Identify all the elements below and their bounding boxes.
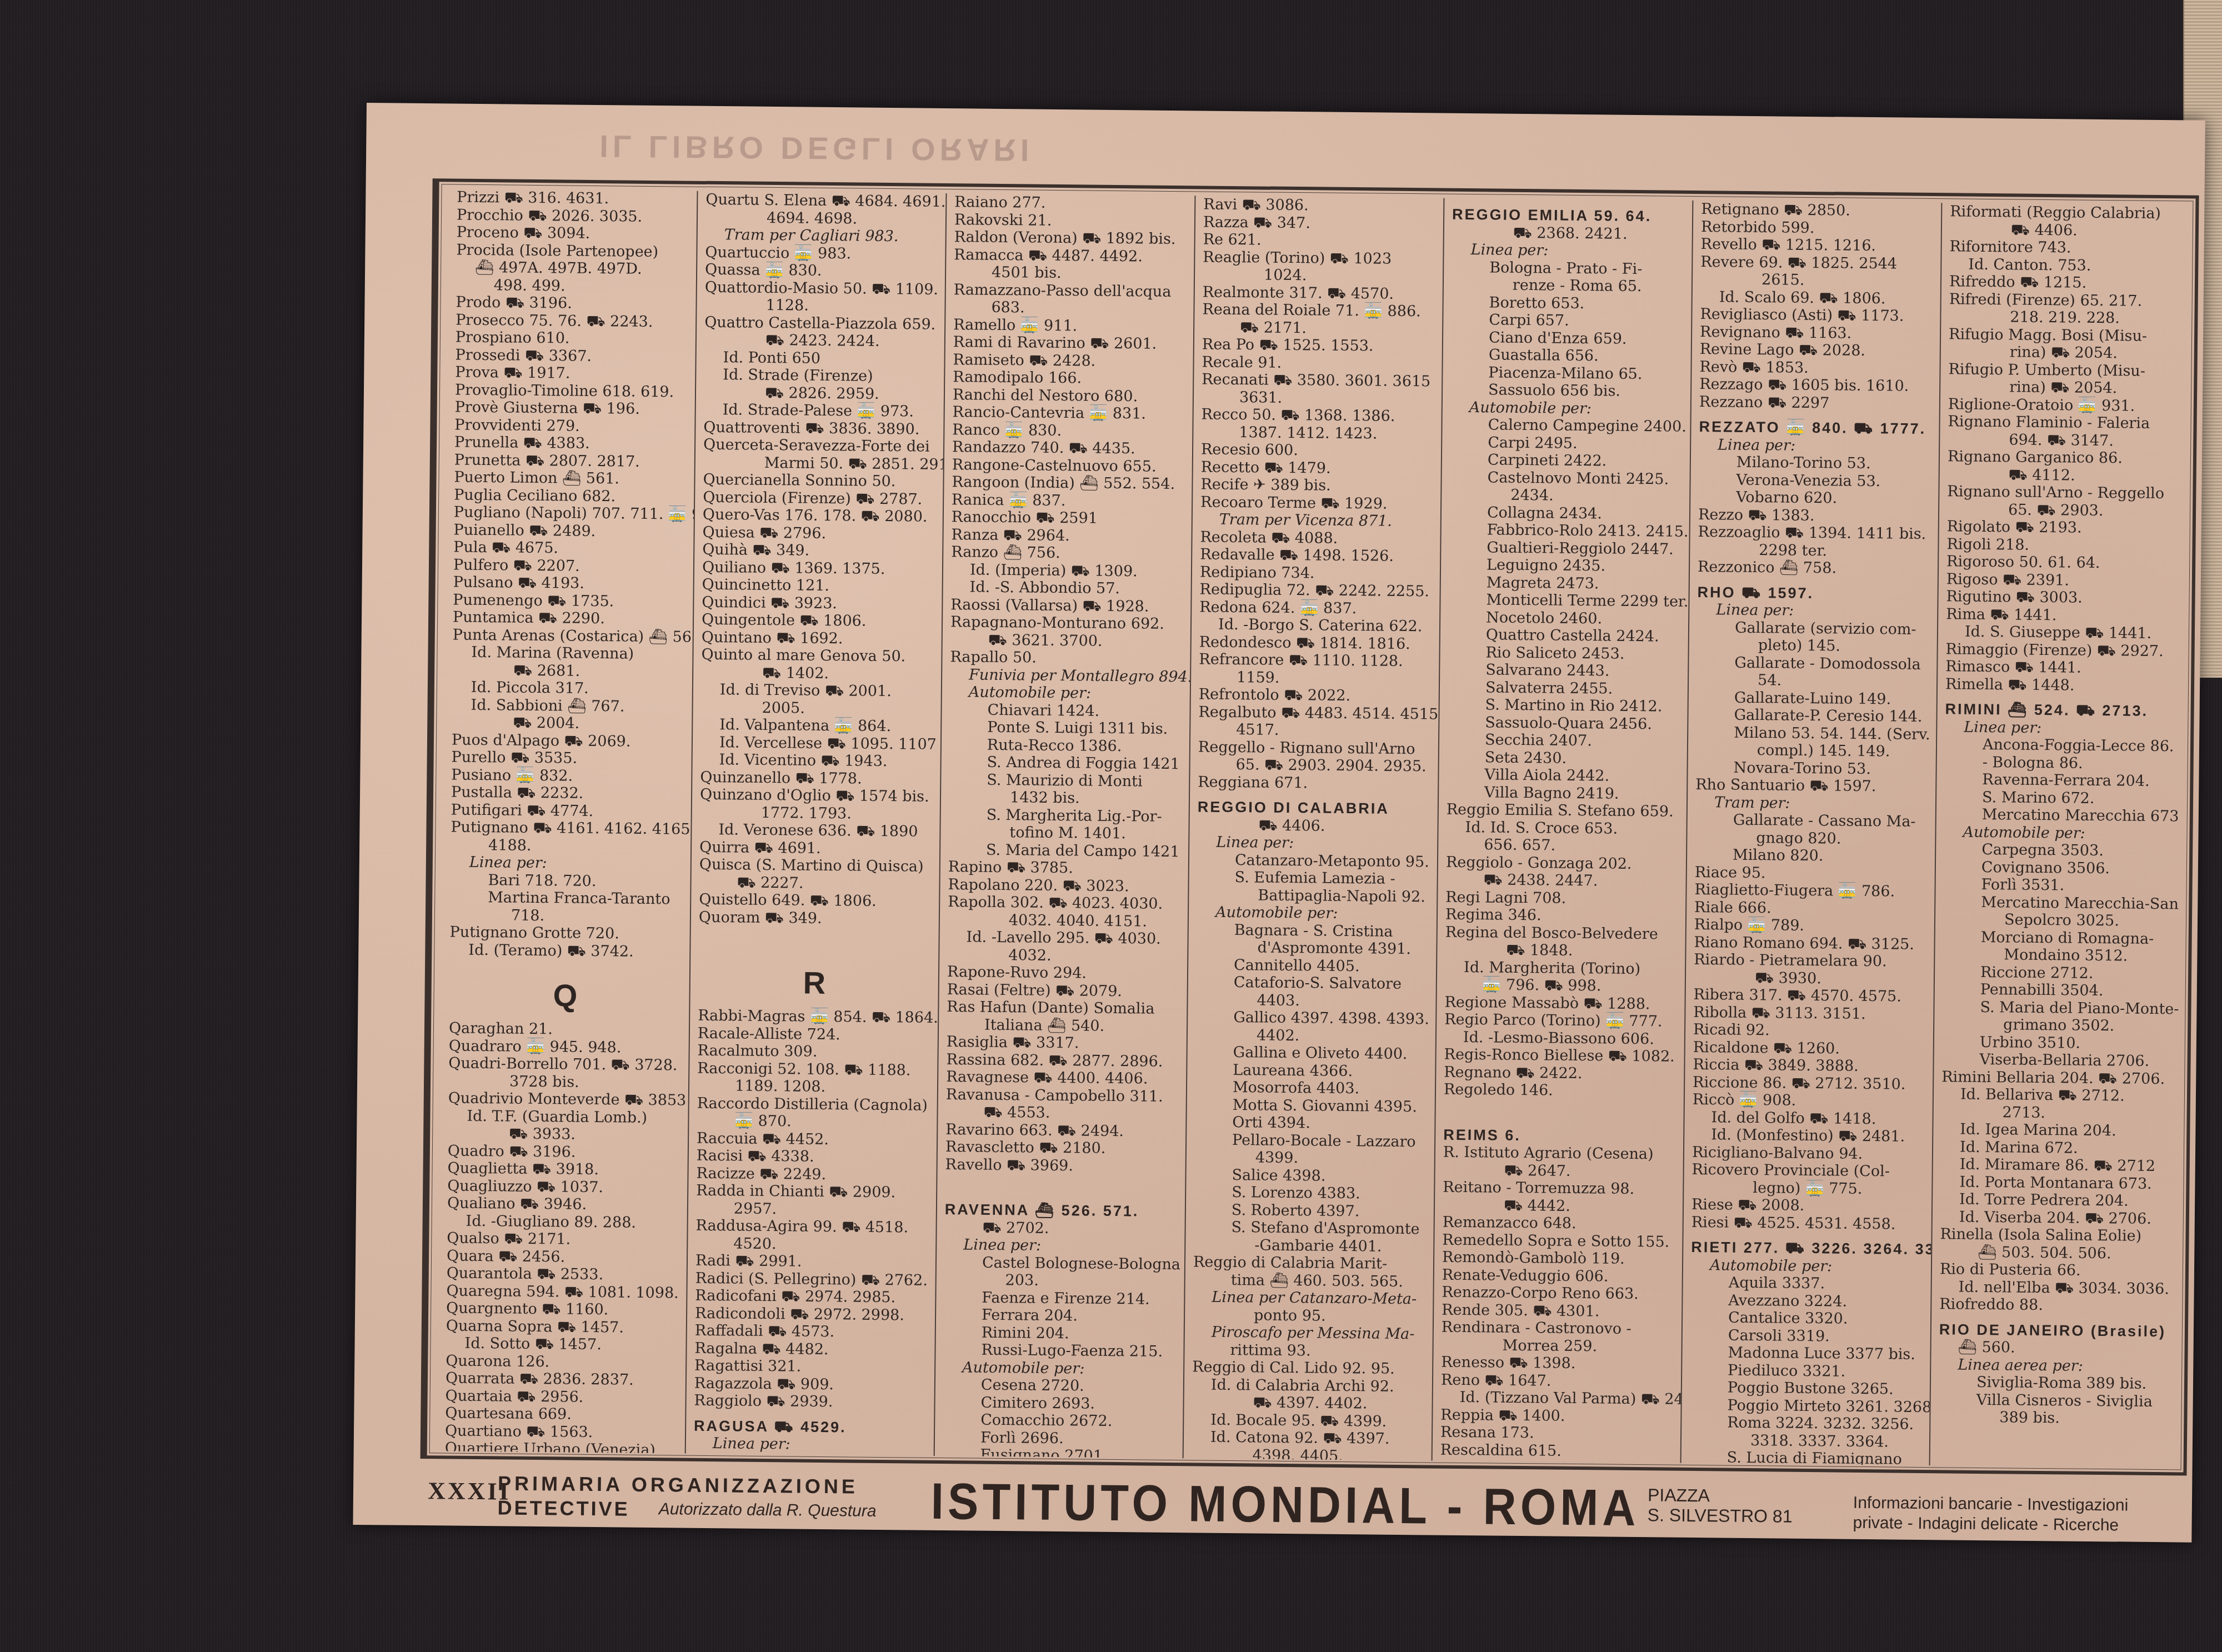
index-entry: Id. Margherita (Torino) [1445, 958, 1677, 978]
index-entry: Id. Miramare 86. ⛟ 2712 [1941, 1155, 2173, 1175]
index-entry: Sepolcro 3025. [1943, 910, 2175, 930]
index-entry: Boretto 653. [1451, 293, 1683, 313]
index-entry: ⛴ 503. 504. 506. [1940, 1243, 2172, 1263]
index-entry: S. Maria del Campo 1421 [948, 841, 1180, 861]
index-entry: Rimasco ⛟ 1441. [1945, 658, 2178, 678]
index-entry: S. Maria del Piano-Monte- [1942, 998, 2174, 1018]
ad-services-line2: private - Indagini delicate - Ricerche [1853, 1514, 2119, 1535]
index-entry: Rende 305. ⛟ 4301. [1442, 1301, 1674, 1321]
index-entry: Id. Piccola 317. [452, 679, 684, 699]
index-entry: Id. (Imperia) ⛟ 1309. [951, 561, 1183, 581]
index-entry: Id. Igea Marina 204. [1941, 1120, 2173, 1140]
index-entry: Resana 173. [1440, 1424, 1673, 1444]
index-entry: Redondesco ⛟ 1814. 1816. [1199, 633, 1432, 653]
index-entry: Id. (Monfestino) ⛟ 2481. [1692, 1126, 1924, 1146]
index-entry: Procida (Isole Partenopee) [456, 241, 688, 261]
index-entry: Reggello - Rignano sull'Arno [1198, 738, 1430, 758]
index-entry: 2298 ter. [1698, 541, 1930, 561]
index-entry: Rigutino ⛟ 3003. [1946, 588, 2178, 608]
index-entry: Id. Canton. 753. [1949, 256, 2181, 276]
index-entry: Revigliasco (Asti) ⛟ 1173. [1700, 306, 1932, 326]
index-entry: Nocetolo 2460. [1448, 608, 1680, 628]
index-entry: Id. Bellariva ⛟ 2712. [1941, 1085, 2174, 1105]
index-entry: Revine Lago ⛟ 2028. [1700, 341, 1932, 361]
index-heading-entry: RIETI 277. ⛟ 3226. 3264. 3302. [1691, 1239, 1923, 1259]
index-entry: Reaglie (Torino) ⛟ 1023 [1203, 248, 1435, 268]
index-entry: Raossi (Vallarsa) ⛟ 1928. [950, 596, 1183, 616]
index-entry: Id. Sotto ⛟ 1457. [446, 1334, 678, 1354]
index-entry: Punta Arenas (Costarica) ⛴ 561. [453, 626, 685, 646]
index-entry: Riccia ⛟ 3849. 3888. [1693, 1056, 1925, 1076]
index-entry: Ranica 🚋 837. [952, 491, 1184, 511]
index-entry: Riano Romano 694. ⛟ 3125. [1694, 934, 1926, 954]
index-entry: Seta 2430. [1447, 748, 1679, 768]
section-letter: R [698, 957, 930, 1009]
index-entry: Rangoon (India) ⛴ 552. 554. [952, 473, 1184, 493]
index-entry: Reno ⛟ 1647. [1441, 1371, 1673, 1391]
index-column-3: Raiano 277.Rakovski 21.Raldon (Verona) ⛟… [935, 193, 1196, 1458]
index-entry: Rea Po ⛟ 1525. 1553. [1202, 336, 1434, 356]
index-entry: Rapino ⛟ 3785. [948, 858, 1180, 878]
index-entry: Re 621. [1203, 231, 1435, 251]
index-entry: Reitano - Torremuzza 98. [1443, 1179, 1675, 1199]
index-entry: Tram per: [1695, 794, 1928, 814]
index-entry: Rifredi (Firenze) 65. 217. [1949, 291, 2181, 311]
index-entry: S. Lorenzo 4383. [1194, 1183, 1426, 1203]
index-entry: Ramodipalo 166. [953, 368, 1185, 388]
index-entry: Ricovero Provinciale (Col- [1692, 1161, 1924, 1181]
index-entry: Rapolano 220. ⛟ 3023. [948, 876, 1180, 896]
index-entry: Faenza e Firenze 214. [944, 1289, 1176, 1309]
index-entry: Quiliano ⛟ 1369. 1375. [702, 558, 934, 578]
index-entry: Rimini 204. [944, 1324, 1176, 1344]
index-entry: Fabbrico-Rolo 2413. 2415. [1449, 521, 1681, 541]
index-entry: Riaglietto-Fiugera 🚋 786. [1694, 881, 1926, 901]
index-entry: Radici (S. Pellegrino) ⛟ 2762. [695, 1269, 928, 1289]
index-entry: Id. -Lesmo-Biassono 606. [1444, 1028, 1676, 1048]
index-entry: 4402. [1195, 1026, 1428, 1046]
index-entry: Quadraro 🚋 945. 948. [449, 1037, 681, 1057]
index-entry: ⛟ 3933. [448, 1124, 680, 1144]
index-entry: Riccò 🚋 908. [1693, 1091, 1925, 1111]
index-entry: Rakovski 21. [954, 211, 1187, 231]
index-entry: Pustalla ⛟ 2232. [451, 784, 683, 804]
index-entry: Castelnovo Monti 2425. [1449, 468, 1681, 488]
index-entry: Mercatino Marecchia 673 [1944, 805, 2176, 825]
index-entry: Laureana 4366. [1195, 1061, 1427, 1081]
index-entry: Recesio 600. [1201, 440, 1433, 460]
index-entry: Regio Parco (Torino) 🚋 777. [1444, 1011, 1676, 1031]
index-entry: Cantalice 3320. [1690, 1309, 1923, 1329]
index-entry: Riace 95. [1695, 864, 1927, 884]
index-entry: Quadro ⛟ 3196. [448, 1142, 680, 1162]
index-entry: Rassina 682. ⛟ 2877. 2896. [946, 1051, 1178, 1071]
index-entry [1444, 1108, 1676, 1120]
index-entry: Rezzonico ⛴ 758. [1698, 558, 1930, 578]
index-entry: Riglione-Oratoio 🚋 931. [1948, 396, 2180, 415]
index-entry: Ferrara 204. [944, 1306, 1176, 1326]
index-entry: Monticelli Terme 2299 ter. [1448, 591, 1680, 611]
index-entry: Roma 3224. 3232. 3256. [1689, 1414, 1921, 1434]
index-entry: Pellaro-Bocale - Lazzaro [1194, 1131, 1427, 1151]
index-entry: rina) ⛟ 2054. [1948, 378, 2180, 398]
index-entry: Regoledo 146. [1444, 1081, 1676, 1101]
index-entry: Mondaino 3512. [1943, 945, 2175, 965]
index-entry: 1772. 1793. [700, 803, 932, 823]
index-frame: Prizzi ⛟ 316. 4631.Procchio ⛟ 2026. 3035… [421, 178, 2199, 1475]
index-entry: S. Maurizio di Monti [949, 771, 1181, 791]
index-entry: Prunella ⛟ 4383. [454, 434, 687, 454]
index-entry: Radicofani ⛟ 2974. 2985. [695, 1287, 927, 1307]
ad-org-line2: DETECTIVE [498, 1496, 630, 1520]
index-entry: Ciano d'Enza 659. [1451, 328, 1683, 348]
index-entry: Madonna Luce 3377 bis. [1690, 1344, 1922, 1364]
index-entry: Novara-Torino 53. [1695, 759, 1928, 779]
index-entry: 54. [1696, 671, 1929, 691]
index-entry: Ranco 🚋 830. [952, 421, 1184, 441]
index-entry: ⛟ 2368. 2421. [1452, 223, 1684, 243]
index-entry: S. Eufemia Lamezia - [1197, 868, 1429, 888]
index-entry: Tram per Cagliari 983. [705, 226, 938, 246]
index-entry: Quistello 649. ⛟ 1806. [699, 891, 931, 911]
index-entry: Rapallo 50. [950, 648, 1182, 668]
index-entry: Regis-Ronco Biellese ⛟ 1082. [1444, 1046, 1676, 1066]
index-entry: Ricadi 92. [1693, 1021, 1925, 1041]
index-entry: Recanati ⛟ 3580. 3601. 3615 [1202, 371, 1434, 391]
index-entry: Quincinetto 121. [702, 576, 934, 596]
index-entry: Redona 624. 🚋 837. [1199, 598, 1432, 618]
section-letter: Q [449, 970, 682, 1022]
index-entry: ⛟ 1402. [701, 663, 933, 683]
index-entry: Remondò-Gambolò 119. [1442, 1249, 1674, 1269]
index-entry: ⛴ 560. [1939, 1338, 2171, 1358]
index-entry: Rho Santuario ⛟ 1597. [1695, 776, 1928, 796]
index-entry: Ravascletto ⛟ 2180. [945, 1138, 1178, 1158]
ad-address-line1: PIAZZA [1648, 1485, 1710, 1506]
index-entry: Quiesa ⛟ 2796. [702, 523, 934, 543]
index-entry: Rescaldina 615. [1440, 1441, 1673, 1461]
index-entry: Id. Strade-Palese 🚋 973. [704, 401, 936, 421]
index-entry: Bagnara - S. Cristina [1197, 921, 1429, 941]
index-entry: Redavalle ⛟ 1498. 1526. [1200, 545, 1432, 565]
index-entry: Guastalla 656. [1451, 346, 1683, 366]
index-column-4: Ravi ⛟ 3086.Razza ⛟ 347.Re 621.Reaglie (… [1184, 196, 1445, 1460]
index-entry: Castel Bolognese-Bologna [944, 1254, 1177, 1274]
index-entry: 4501 bis. [954, 263, 1186, 283]
index-entry: Villa Aiola 2442. [1447, 766, 1679, 786]
index-entry: Reggio di Cal. Lido 92. 95. [1192, 1358, 1424, 1378]
index-entry: Pulsano ⛟ 4193. [453, 574, 685, 594]
index-entry: Id. di Calabria Archi 92. [1192, 1376, 1424, 1396]
index-entry: Querciola (Firenze) ⛟ 2787. [703, 488, 935, 508]
index-entry: Id. Id. S. Croce 653. [1446, 818, 1678, 838]
index-entry: Siviglia-Roma 389 bis. [1939, 1373, 2171, 1393]
index-entry: Radda in Chianti ⛟ 2909. [696, 1182, 928, 1202]
index-entry: Ravarino 663. ⛟ 2494. [945, 1121, 1178, 1141]
index-entry: ⛟ 4406. [1197, 816, 1429, 836]
index-entry: Poggio Mirteto 3261. 3268. [1689, 1396, 1921, 1416]
index-entry: Pusiano 🚋 832. [451, 766, 683, 786]
index-entry: Quisca (S. Martino di Quisca) [699, 856, 932, 876]
index-entry: Italiana ⛴ 540. [947, 1016, 1179, 1036]
index-entry: Rasiglia ⛟ 3317. [947, 1033, 1179, 1053]
index-entry: Leguigno 2435. [1449, 556, 1681, 576]
index-entry: Id. Bocale 95. ⛟ 4399. [1192, 1411, 1424, 1431]
index-entry: 2005. [700, 698, 933, 718]
index-entry: S. Martino in Rio 2412. [1448, 696, 1680, 716]
index-entry: Poggio Bustone 3265. [1690, 1379, 1922, 1399]
index-entry: Quero-Vas 176. 178. ⛟ 2080. [703, 506, 935, 526]
index-entry: Villa Bagno 2419. [1447, 783, 1679, 803]
index-entry: Rigoso ⛟ 2391. [1946, 570, 2179, 590]
index-entry: Quarona 126. [446, 1352, 678, 1372]
index-entry: 1189. 1208. [697, 1077, 929, 1097]
index-entry: Quinto al mare Genova 50. [701, 646, 933, 666]
index-entry: Prunetta ⛟ 2807. 2817. [454, 451, 687, 471]
index-entry: Racconigi 52. 108. ⛟ 1188. [697, 1059, 929, 1079]
index-heading-entry: REIMS 6. [1443, 1126, 1675, 1146]
index-entry: Raccordo Distilleria (Cagnola) [697, 1094, 929, 1114]
index-entry: Quoram ⛟ 349. [699, 908, 931, 928]
index-entry: Avezzano 3224. [1690, 1291, 1923, 1311]
index-entry: Raccuia ⛟ 4452. [697, 1129, 929, 1149]
index-entry: Racale-Alliste 724. [698, 1024, 930, 1044]
index-entry: Aquila 3337. [1691, 1274, 1923, 1294]
index-entry: Gallina e Oliveto 4400. [1195, 1043, 1428, 1063]
index-entry: Bari 718. 720. [450, 871, 682, 891]
index-entry: Secchia 2407. [1447, 731, 1679, 751]
index-heading-entry: REZZATO 🚋 840. ⛟ 1777. [1699, 418, 1931, 438]
index-entry: Id. del Golfo ⛟ 1418. [1692, 1108, 1924, 1128]
index-entry: Id. Vicentino ⛟ 1943. [700, 751, 933, 771]
index-entry: Ranzo ⛴ 756. [951, 543, 1183, 563]
index-entry: Gallarate - Cassano Ma- [1695, 811, 1928, 831]
index-entry: 1024. [1203, 266, 1435, 286]
index-entry: 4398. 4405. [1192, 1446, 1424, 1461]
index-entry: Urbino 3510. [1942, 1033, 2174, 1053]
index-entry: Rami di Ravarino ⛟ 2601. [953, 333, 1185, 353]
index-entry: Revignano ⛟ 1163. [1700, 323, 1932, 343]
index-entry: ⛟ 2647. [1443, 1161, 1675, 1181]
index-entry: pleto) 145. [1697, 636, 1929, 656]
index-entry: Ramiseto ⛟ 2428. [953, 351, 1185, 371]
index-entry: Renate-Veduggio 606. [1442, 1266, 1674, 1286]
index-entry: Raldon (Verona) ⛟ 1892 bis. [954, 228, 1187, 248]
index-entry: Tram per Vicenza 871. [1200, 510, 1433, 530]
index-entry: S. Marino 672. [1944, 788, 2176, 808]
index-entry: Racizze ⛟ 2249. [696, 1164, 928, 1184]
index-entry: Raggiolo ⛟ 2939. [694, 1392, 926, 1412]
index-entry: S. Stefano d'Aspromonte [1193, 1218, 1425, 1238]
index-entry: Rignano Flaminio - Faleria [1948, 413, 2180, 433]
index-entry: 4694. 4698. [705, 208, 938, 228]
index-entry: Racisi ⛟ 4338. [697, 1147, 929, 1167]
index-entry: Automobile per: [1944, 823, 2176, 843]
index-entry: Id. Porta Montanara 673. [1940, 1173, 2173, 1193]
index-entry: 2615. [1700, 271, 1933, 291]
index-entry: Rinella (Isola Salina Eolie) [1940, 1225, 2172, 1245]
index-entry: Gallarate-P. Ceresio 144. [1696, 706, 1928, 726]
index-entry: Id. Scalo 69. ⛟ 1806. [1700, 288, 1933, 308]
index-entry: ⛟ 2423. 2424. [704, 331, 937, 351]
index-entry: 498. 499. [456, 276, 688, 296]
index-entry: Calerno Campegine 2400. [1450, 416, 1682, 436]
index-entry: Sassuolo 656 bis. [1450, 381, 1683, 401]
index-entry: R. Istituto Agrario (Cesena) [1443, 1144, 1675, 1164]
index-entry: Ragazzola ⛟ 909. [694, 1374, 927, 1394]
index-entry: Gallico 4397. 4398. 4393. [1195, 1008, 1428, 1028]
index-entry: Puos d'Alpago ⛟ 2069. [452, 731, 684, 751]
index-entry: Qualiano ⛟ 3946. [447, 1194, 679, 1214]
index-entry: Quirra ⛟ 4691. [699, 838, 932, 858]
index-entry: Linea per: [1697, 601, 1929, 621]
index-entry: Regi Lagni 708. [1445, 888, 1678, 908]
index-entry: Razza ⛟ 347. [1203, 213, 1435, 233]
index-entry: Ramello 🚋 911. [953, 316, 1185, 336]
index-entry: Provaglio-Timoline 618. 619. [455, 381, 687, 401]
index-entry: 4403. [1195, 991, 1428, 1011]
index-entry: Comacchio 2672. [943, 1411, 1175, 1431]
index-entry: 1159. [1199, 668, 1431, 688]
index-entry: Quattroventi ⛟ 3836. 3890. [703, 418, 935, 438]
index-entry: Funivia per Montallegro 894. [950, 666, 1182, 686]
index-entry: Qualso ⛟ 2171. [447, 1229, 679, 1249]
index-entry: Rapone-Ruvo 294. [947, 963, 1179, 983]
index-entry: Radicondoli ⛟ 2972. 2998. [695, 1304, 927, 1324]
index-entry: ⛟ 2681. [452, 661, 684, 681]
index-entry: Ras Hafun (Dante) Somalia [947, 998, 1179, 1018]
index-entry: Recife ✈ 389 bis. [1200, 475, 1433, 495]
index-entry: Riofreddo 88. [1939, 1295, 2171, 1315]
index-entry: Carsoli 3319. [1690, 1326, 1923, 1346]
index-entry: Putignano ⛟ 4161. 4162. 4165. [451, 819, 683, 839]
ad-address-line2: S. SILVESTRO 81 [1648, 1505, 1793, 1527]
index-entry: Linea aerea per: [1939, 1356, 2171, 1376]
index-entry: - Bologna 86. [1945, 753, 2177, 773]
index-entry: Id. -Giugliano 89. 288. [447, 1212, 679, 1232]
index-entry: Cimitero 2693. [943, 1394, 1175, 1414]
index-entry: Reggio di Calabria Marit- [1193, 1253, 1425, 1273]
index-entry: Reggiolo - Gonzaga 202. [1446, 853, 1678, 873]
index-entry: Id. Ponti 650 [704, 348, 936, 368]
index-entry: Id. di Treviso ⛟ 2001. [701, 681, 933, 701]
index-entry: Id. -S. Abbondio 57. [951, 578, 1183, 598]
index-entry: S. Roberto 4397. [1194, 1201, 1426, 1221]
index-entry: Quinzanello ⛟ 1778. [700, 768, 932, 788]
index-entry: Id. S. Giuseppe ⛟ 1441. [1946, 623, 2178, 643]
index-entry: ⛟ 2227. [699, 873, 931, 893]
index-entry: Cataforio-S. Salvatore [1196, 973, 1428, 993]
index-entry: Rezzano ⛟ 2297 [1699, 393, 1931, 413]
index-entry: 218. 219. 228. [1949, 308, 2181, 328]
index-entry: 4399. [1194, 1148, 1427, 1168]
index-entry: Rifornitore 743. [1949, 238, 2181, 258]
index-entry: Reggiana 671. [1198, 773, 1430, 793]
index-column-2: Quartu S. Elena ⛟ 4684. 4691.4694. 4698.… [686, 191, 947, 1456]
index-entry: Rio Saliceto 2453. [1448, 643, 1680, 663]
index-entry: grimano 3502. [1942, 1015, 2174, 1035]
index-entry: Quara ⛟ 2456. [447, 1247, 679, 1267]
index-entry: Remedello Sopra e Sotto 155. [1442, 1231, 1674, 1251]
index-entry: Quarrata ⛟ 2836. 2837. [446, 1369, 678, 1389]
index-entry: Pugliano (Napoli) 707. 711. 🚋 960. [454, 504, 686, 524]
index-entry: Linea per Catanzaro-Meta- [1193, 1288, 1425, 1308]
index-heading-entry: RAGUSA ⛟ 4529. [694, 1417, 926, 1437]
index-entry: 203. [944, 1271, 1177, 1291]
index-heading-entry: REGGIO DI CALABRIA [1198, 798, 1430, 818]
index-entry: 🚋 870. [697, 1112, 929, 1132]
index-entry: Quartuccio 🚋 983. [705, 243, 937, 263]
index-entry: 3728 bis. [448, 1072, 680, 1092]
index-entry: Cannitello 4405. [1196, 956, 1428, 976]
index-entry: Id. (Tizzano Val Parma) ⛟ 2408 [1441, 1389, 1673, 1409]
index-entry: Id. Torre Pedrera 204. [1940, 1190, 2173, 1210]
index-entry: ⛟ 4553. [945, 1103, 1178, 1123]
ad-org-line1: PRIMARIA ORGANIZZAZIONE [498, 1471, 858, 1498]
index-entry: Automobile per: [1197, 903, 1429, 923]
index-entry: Milano 820. [1695, 846, 1927, 866]
index-entry: Ragalna ⛟ 4482. [694, 1339, 927, 1359]
index-entry: 1432 bis. [949, 788, 1181, 808]
index-entry: Ponte S. Luigi 1311 bis. [949, 718, 1182, 738]
index-entry: Forlì 2696. [943, 1429, 1175, 1449]
index-entry: Gallarate-Luino 149. [1696, 689, 1929, 709]
index-entry: Quarna Sopra ⛟ 1457. [446, 1317, 678, 1337]
index-entry: Quinzano d'Oglio ⛟ 1574 bis. [700, 786, 932, 806]
index-entry: Id. Strade (Firenze) [704, 366, 936, 386]
index-entry: Ranza ⛟ 2964. [951, 526, 1183, 546]
index-entry: Putifigari ⛟ 4774. [451, 801, 683, 821]
index-entry [698, 936, 930, 948]
index-entry: 🚋 796. ⛟ 998. [1445, 976, 1677, 996]
index-entry: Procchio ⛟ 2026. 3035. [457, 206, 689, 226]
index-entry: Prodo ⛟ 3196. [456, 294, 688, 314]
index-entry: Mercatino Marecchia-San [1943, 893, 2175, 913]
index-entry: 4188. [451, 836, 683, 856]
index-entry: Gallarate (servizio com- [1697, 619, 1929, 639]
index-entry: Riesi ⛟ 4525. 4531. 4558. [1691, 1213, 1924, 1233]
index-entry: Collagna 2434. [1449, 503, 1681, 523]
index-entry: Ramazzano-Passo dell'acqua [954, 281, 1186, 301]
index-entry: Pula ⛟ 4675. [453, 539, 685, 559]
index-entry: Gualtieri-Reggiolo 2447. [1449, 538, 1681, 558]
index-entry: Villa Cisneros - Siviglia [1939, 1391, 2171, 1411]
index-entry: Raddusa-Agira 99. ⛟ 4518. [695, 1217, 928, 1237]
index-entry: Quartaia ⛟ 2956. [446, 1387, 678, 1407]
index-entry: Prosecco 75. 76. ⛟ 2243. [456, 311, 688, 331]
index-entry: Ranocchio ⛟ 2591 [952, 508, 1184, 528]
index-entry: 683. [953, 298, 1185, 318]
index-entry: ⛟ 2438. 2447. [1446, 871, 1678, 891]
index-entry: ⛟ 2826. 2959. [704, 383, 936, 403]
index-entry: Id. -Lavello 295. ⛟ 4030. [947, 928, 1179, 948]
index-entry: Id. -Borgo S. Caterina 622. [1199, 615, 1432, 635]
index-entry: Provvidenti 279. [454, 416, 687, 436]
index-entry: ⛟ 4442. [1443, 1196, 1675, 1216]
index-entry: Piacenza-Milano 65. [1450, 363, 1683, 383]
index-column-5: REGGIO EMILIA 59. 64.⛟ 2368. 2421.Linea … [1433, 198, 1694, 1463]
index-heading-entry: RIMINI ⛴ 524. ⛟ 2713. [1945, 700, 2177, 720]
index-entry: Quihà ⛟ 349. [702, 541, 934, 561]
index-entry: Salice 4398. [1194, 1166, 1426, 1186]
index-entry: Id. Vercellese ⛟ 1095. 1107 [700, 733, 933, 753]
index-entry: Raiano 277. [954, 193, 1187, 213]
index-entry: Ramacca ⛟ 4487. 4492. [954, 246, 1186, 266]
index-entry: Regina del Bosco-Belvedere [1445, 923, 1678, 943]
index-entry: Rigolato ⛟ 2193. [1947, 518, 2179, 538]
index-entry: 1128. [704, 296, 937, 316]
index-entry: Racalmuto 309. [697, 1042, 929, 1062]
